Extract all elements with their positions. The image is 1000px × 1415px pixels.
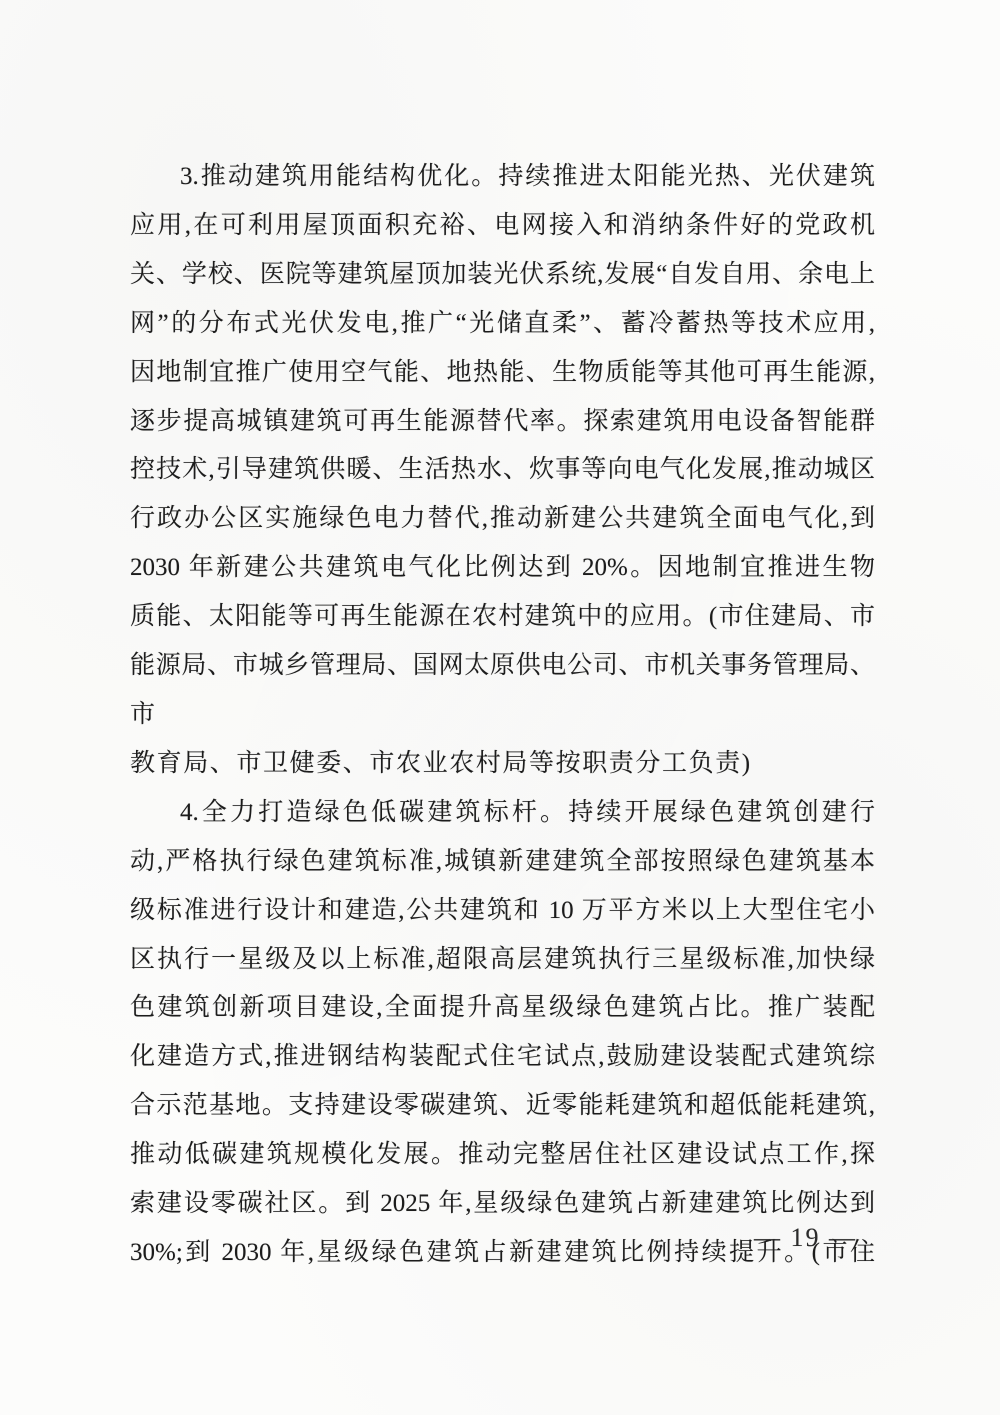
text-line: 区执行一星级及以上标准,超限高层建筑执行三星级标准,加快绿	[130, 936, 875, 985]
text-line: 应用,在可利用屋顶面积充裕、电网接入和消纳条件好的党政机	[130, 202, 875, 251]
text-line: 化建造方式,推进钢结构装配式住宅试点,鼓励建设装配式建筑综	[130, 1033, 875, 1082]
text-line: 2030 年新建公共建筑电气化比例达到 20%。因地制宜推进生物	[130, 544, 875, 593]
text-line: 控技术,引导建筑供暖、生活热水、炊事等向电气化发展,推动城区	[130, 446, 875, 495]
text-line: 行政办公区实施绿色电力替代,推动新建公共建筑全面电气化,到	[130, 495, 875, 544]
text-line: 因地制宜推广使用空气能、地热能、生物质能等其他可再生能源,	[130, 349, 875, 398]
text-line: 能源局、市城乡管理局、国网太原供电公司、市机关事务管理局、市	[130, 642, 875, 740]
text-line: 色建筑创新项目建设,全面提升高星级绿色建筑占比。推广装配	[130, 984, 875, 1033]
text-line: 关、学校、医院等建筑屋顶加装光伏系统,发展“自发自用、余电上	[130, 251, 875, 300]
document-page: 3.推动建筑用能结构优化。持续推进太阳能光热、光伏建筑 应用,在可利用屋顶面积充…	[0, 0, 1000, 1415]
text-line: 合示范基地。支持建设零碳建筑、近零能耗建筑和超低能耗建筑,	[130, 1082, 875, 1131]
text-line: 质能、太阳能等可再生能源在农村建筑中的应用。(市住建局、市	[130, 593, 875, 642]
text-line: 推动低碳建筑规模化发展。推动完整居住社区建设试点工作,探	[130, 1131, 875, 1180]
text-line: 逐步提高城镇建筑可再生能源替代率。探索建筑用电设备智能群	[130, 398, 875, 447]
text-line: 4.全力打造绿色低碳建筑标杆。持续开展绿色建筑创建行	[130, 789, 875, 838]
text-line: 教育局、市卫健委、市农业农村局等按职责分工负责)	[130, 740, 875, 789]
text-line: 3.推动建筑用能结构优化。持续推进太阳能光热、光伏建筑	[130, 153, 875, 202]
page-footer: — 19 —	[0, 1218, 1000, 1258]
text-line: 级标准进行设计和建造,公共建筑和 10 万平方米以上大型住宅小	[130, 887, 875, 936]
document-body: 3.推动建筑用能结构优化。持续推进太阳能光热、光伏建筑 应用,在可利用屋顶面积充…	[130, 153, 875, 1278]
page-number: — 19 —	[754, 1223, 857, 1252]
text-line: 网”的分布式光伏发电,推广“光储直柔”、蓄冷蓄热等技术应用,	[130, 300, 875, 349]
text-line: 动,严格执行绿色建筑标准,城镇新建建筑全部按照绿色建筑基本	[130, 838, 875, 887]
